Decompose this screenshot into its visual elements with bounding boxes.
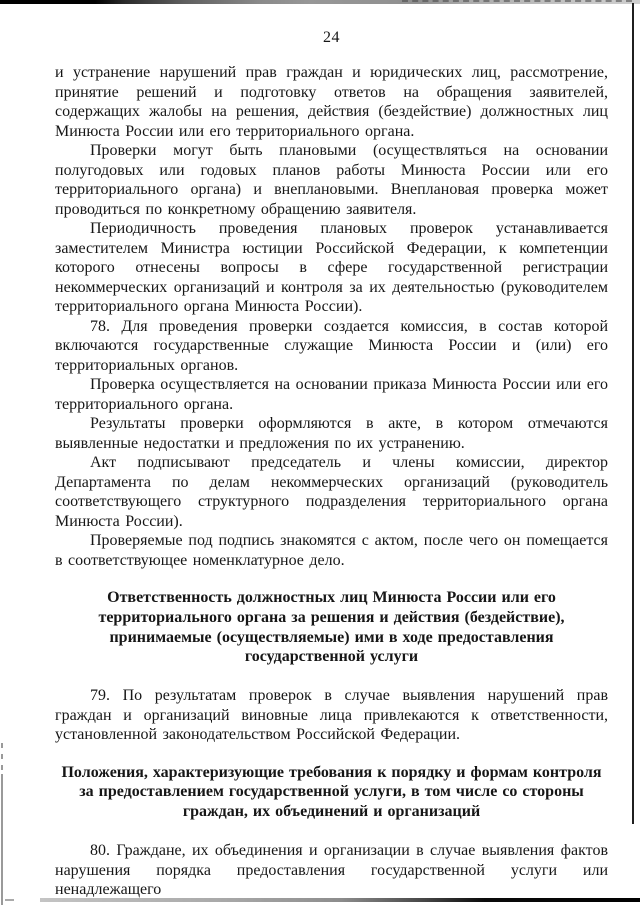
page-number: 24 (55, 28, 608, 48)
scan-artifact-bottom-dash (5, 899, 14, 901)
section-heading-control-provisions: Положения, характеризующие требования к … (61, 763, 602, 822)
paragraph-act-familiarization: Проверяемые под подпись знакомятся с акт… (55, 531, 608, 570)
paragraph-act-signing: Акт подписывают председатель и члены ком… (55, 453, 608, 531)
document-page: 24 и устранение нарушений прав граждан и… (55, 28, 608, 900)
scan-artifact-right-border (632, 3, 634, 824)
paragraph-inspections-types: Проверки могут быть плановыми (осуществл… (55, 141, 608, 219)
scan-artifact-top-edge (0, 0, 640, 4)
paragraph-item-79: 79. По результатам проверок в случае выя… (55, 686, 608, 745)
section-heading-responsibility: Ответственность должностных лиц Минюста … (61, 588, 602, 667)
scan-artifact-left-border (1, 743, 3, 905)
paragraph-inspection-periodicity: Периодичность проведения плановых провер… (55, 219, 608, 317)
paragraph-inspection-results: Результаты проверки оформляются в акте, … (55, 414, 608, 453)
paragraph-continuation: и устранение нарушений прав граждан и юр… (55, 63, 608, 141)
paragraph-inspection-order: Проверка осуществляется на основании при… (55, 375, 608, 414)
scanned-document: { "colors": { "background": "#ffffff", "… (0, 0, 640, 905)
paragraph-item-78: 78. Для проведения проверки создается ко… (55, 317, 608, 376)
paragraph-item-80: 80. Граждане, их объединения и организац… (55, 841, 608, 900)
